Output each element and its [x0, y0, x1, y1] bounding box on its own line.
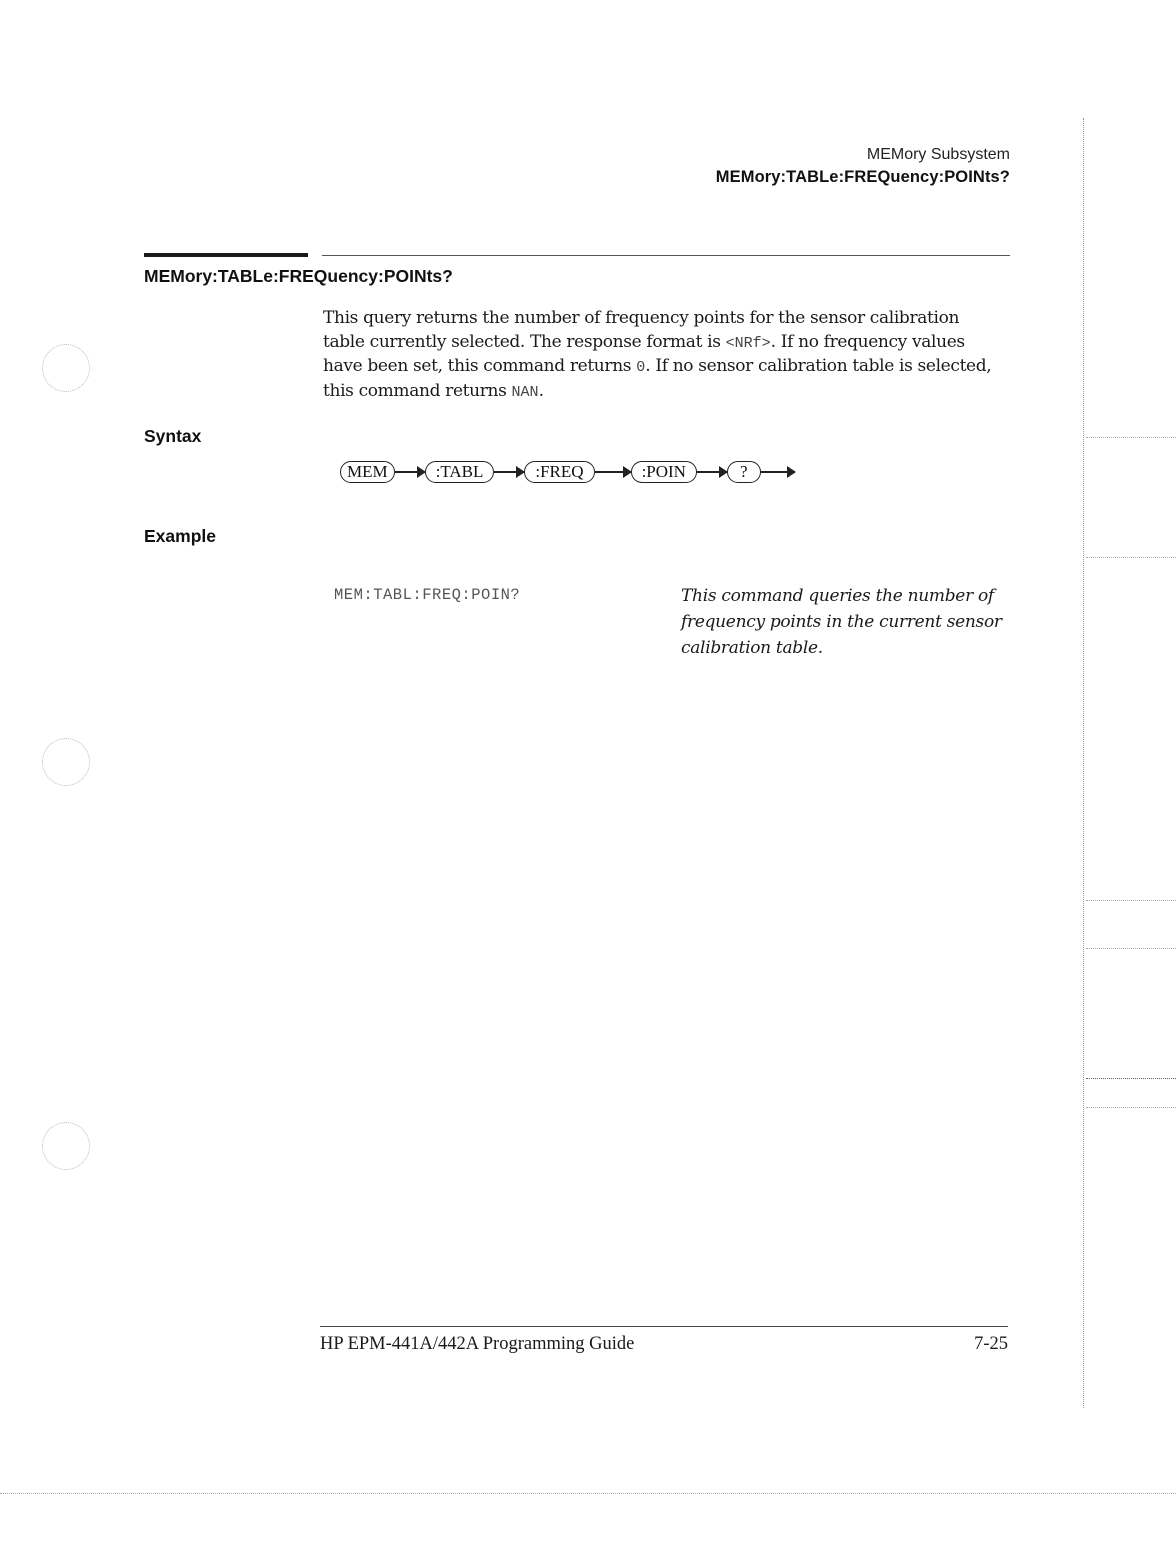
arrow-icon [395, 471, 425, 473]
arrow-icon [494, 471, 524, 473]
scan-mark [1086, 437, 1176, 438]
binder-hole [42, 344, 90, 392]
scan-bottom-edge [0, 1493, 1176, 1494]
syntax-node-poin: :POIN [631, 461, 697, 483]
example-description: This command queries the number of frequ… [681, 583, 1011, 661]
scan-mark [1086, 1107, 1176, 1108]
syntax-node-tabl: :TABL [425, 461, 495, 483]
scan-mark [1086, 1078, 1176, 1079]
section-title: MEMory:TABLe:FREQuency:POINts? [144, 266, 453, 287]
section-rule-thick [144, 253, 308, 257]
response-format-code: <NRf> [726, 335, 771, 352]
nan-code: NAN [512, 384, 539, 401]
binder-hole [42, 1122, 90, 1170]
page-number: 7-25 [974, 1334, 1008, 1355]
scan-mark [1086, 557, 1176, 558]
scan-mark [1086, 900, 1176, 901]
header-section: MEMory Subsystem [716, 144, 1010, 166]
arrow-icon [761, 471, 795, 473]
header-command: MEMory:TABLe:FREQuency:POINts? [716, 166, 1010, 188]
syntax-node-query: ? [727, 461, 761, 483]
footer-title: HP EPM-441A/442A Programming Guide [320, 1334, 634, 1355]
description: This query returns the number of frequen… [323, 307, 1003, 404]
arrow-icon [697, 471, 727, 473]
scan-edge-line [1083, 118, 1084, 1408]
example-command: MEM:TABL:FREQ:POIN? [334, 586, 520, 604]
syntax-node-freq: :FREQ [524, 461, 594, 483]
scan-mark [1086, 948, 1176, 949]
binder-hole [42, 738, 90, 786]
zero-code: 0 [636, 359, 645, 376]
running-header: MEMory Subsystem MEMory:TABLe:FREQuency:… [716, 144, 1010, 188]
footer-rule [320, 1326, 1008, 1327]
syntax-label: Syntax [144, 426, 201, 447]
arrow-icon [595, 471, 631, 473]
example-label: Example [144, 526, 216, 547]
section-rule-thin [322, 255, 1010, 256]
description-text: . [539, 381, 544, 401]
syntax-node-mem: MEM [340, 461, 395, 483]
syntax-diagram: MEM :TABL :FREQ :POIN ? [340, 459, 795, 485]
